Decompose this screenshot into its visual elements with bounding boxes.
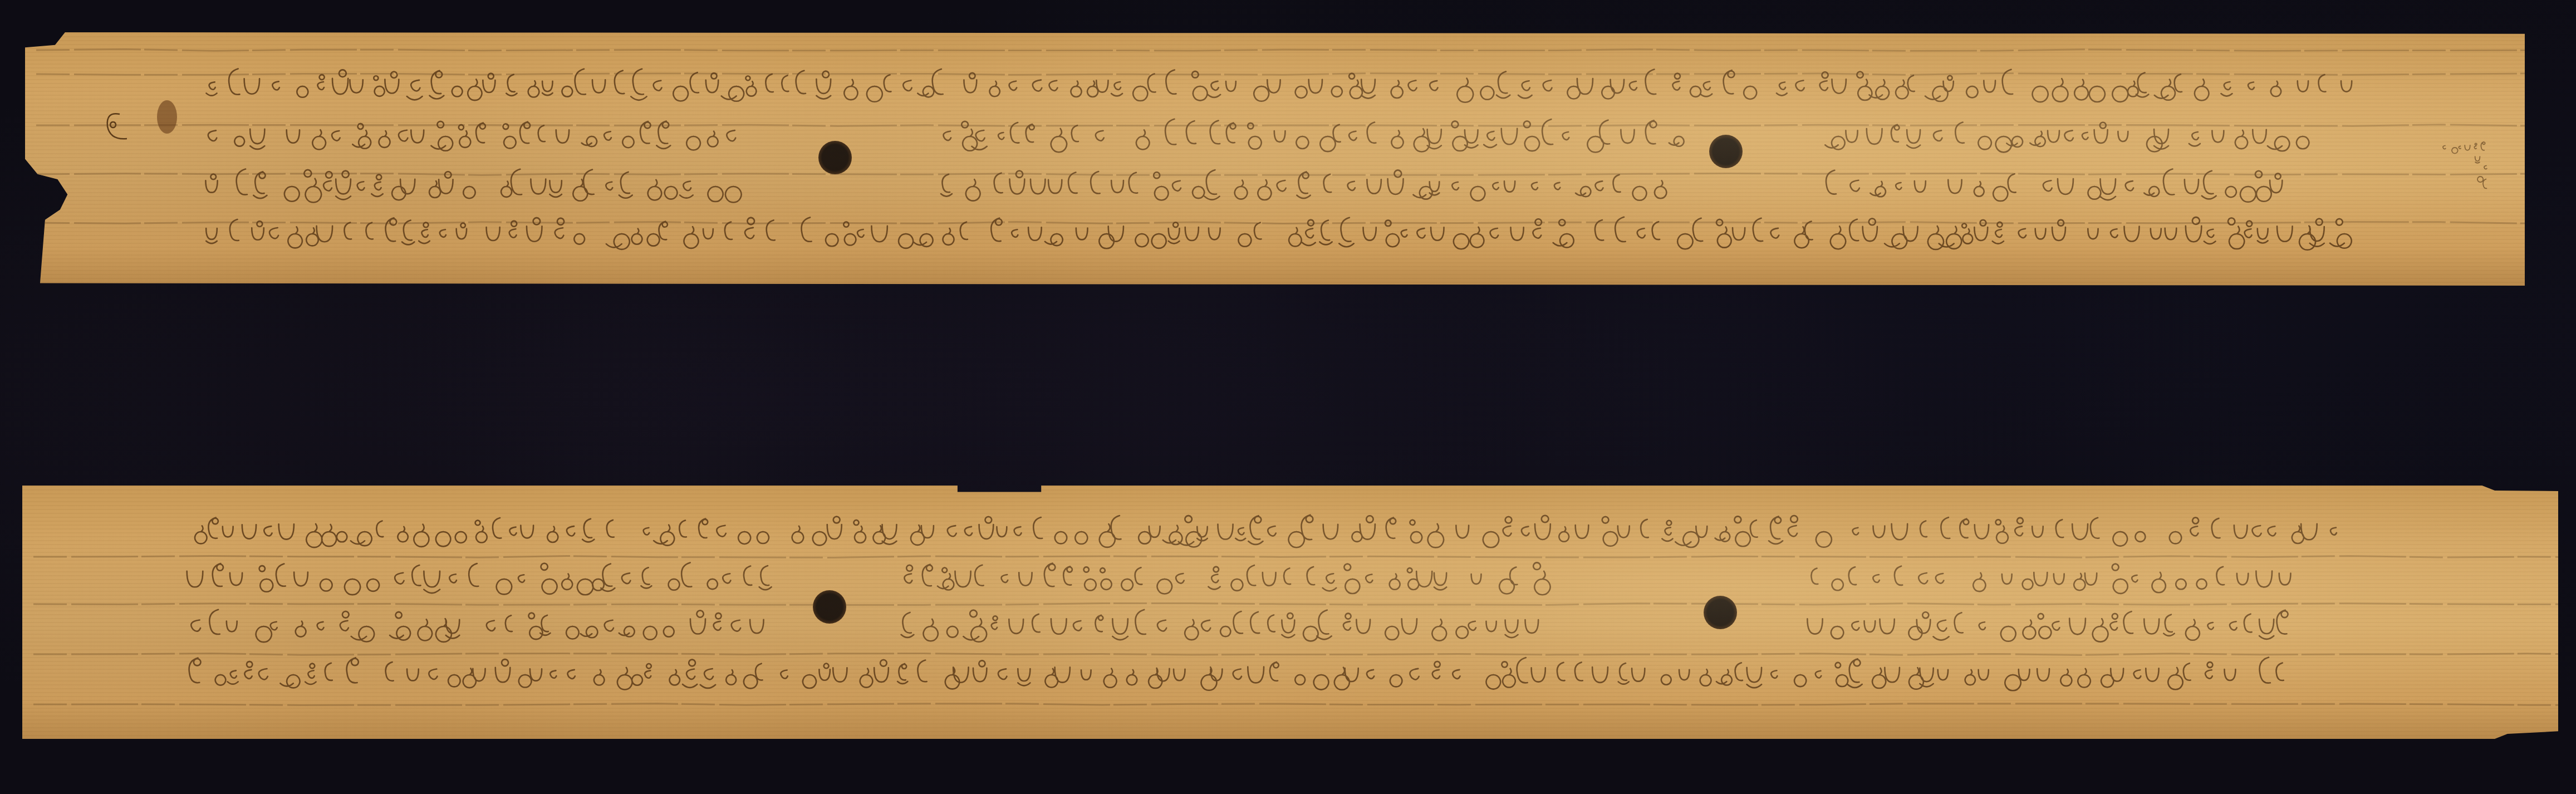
string-hole-2 <box>1704 596 1737 629</box>
ruling-line <box>36 73 2530 75</box>
string-hole-2 <box>1709 135 1743 168</box>
scene-description: Two palm-leaf manuscript folios with inc… <box>0 0 1 1</box>
ruling-line <box>33 704 2576 705</box>
script-text-block <box>904 562 1550 595</box>
script-text-block <box>901 610 1539 642</box>
script-text-block <box>1807 610 2288 642</box>
margin-note <box>2443 142 2487 189</box>
manuscript-scene: Two palm-leaf manuscript folios with inc… <box>0 0 2576 794</box>
ruling-line <box>36 50 2530 51</box>
ruling-line <box>36 174 2530 175</box>
script-text-block <box>1825 122 2309 153</box>
ruling-line <box>36 222 2530 224</box>
ruling-line <box>33 556 2576 558</box>
string-hole-1 <box>818 141 852 174</box>
leaf-number-glyph <box>107 114 127 139</box>
leaf-inscription <box>22 486 2558 739</box>
script-text-block <box>944 119 1684 153</box>
ruling-line <box>36 125 2530 126</box>
script-text-block <box>1811 564 2290 594</box>
script-text-block <box>189 658 2284 691</box>
palm-leaf-bottom <box>22 486 2558 739</box>
script-text-block <box>195 515 2337 548</box>
ruling-line <box>33 654 2576 655</box>
palm-leaf-top <box>25 32 2525 286</box>
script-text-block <box>187 562 772 595</box>
ink-stain <box>157 100 177 134</box>
ruling-line <box>33 604 2576 605</box>
leaf-inscription <box>25 32 2525 286</box>
string-hole-1 <box>813 590 846 624</box>
script-text-block <box>191 610 763 642</box>
